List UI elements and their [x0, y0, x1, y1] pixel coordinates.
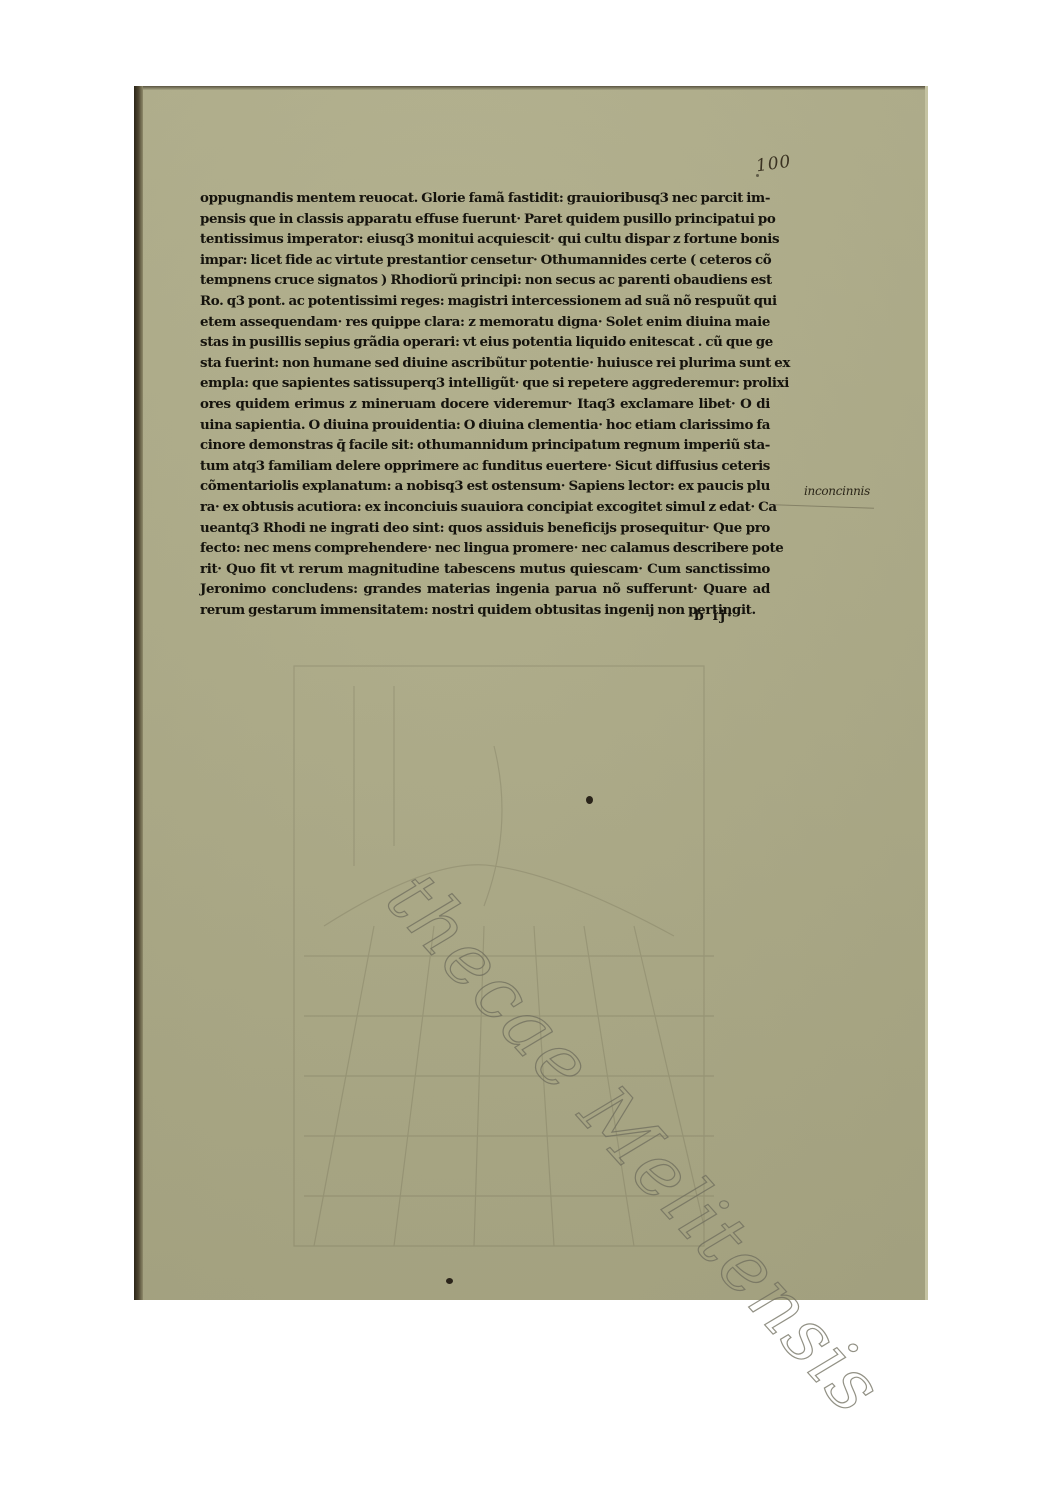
text-line: ueantq3 Rhodi ne ingrati deo sint: quos … — [200, 518, 770, 539]
text-line: cinore demonstras q̄ facile sit: othuman… — [200, 435, 770, 456]
text-line: stas in pusillis sepius grãdia operari: … — [200, 332, 770, 353]
text-line: tempnens cruce signatos ) Rhodiorũ princ… — [200, 270, 770, 291]
text-line: fecto: nec mens comprehendere· nec lingu… — [200, 538, 770, 559]
page-top-edge — [134, 86, 928, 90]
text-line: Jeronimo concludens: grandes materias in… — [200, 579, 770, 600]
ink-spot — [756, 174, 759, 177]
text-line: impar: licet fide ac virtute prestantior… — [200, 250, 770, 271]
text-line: Ro. q3 pont. ac potentissimi reges: magi… — [200, 291, 770, 312]
marginal-underline — [774, 504, 874, 508]
text-line: pensis que in classis apparatu effuse fu… — [200, 209, 770, 230]
printed-text-block: oppugnandis mentem reuocat. Glorie famã … — [200, 188, 770, 620]
text-line: oppugnandis mentem reuocat. Glorie famã … — [200, 188, 770, 209]
text-line: cõmentariolis explanatum: a nobisq3 est … — [200, 476, 770, 497]
text-line: uina sapientia. O diuina prouidentia: O … — [200, 415, 770, 436]
text-line: ra· ex obtusis acutiora: ex inconciuis s… — [200, 497, 770, 518]
page-gutter-shadow — [134, 86, 143, 1300]
text-line: rerum gestarum immensitatem: nostri quid… — [200, 600, 770, 621]
library-watermark: thecae Melitensis — [370, 856, 899, 1431]
marginal-annotation: inconcinnis — [804, 484, 870, 498]
text-line: rit· Quo fit vt rerum magnitudine tabesc… — [200, 559, 770, 580]
show-through-woodcut — [234, 626, 754, 1266]
text-line: empla: que sapientes satissuperq3 intell… — [200, 373, 770, 394]
folio-number: 100 — [755, 152, 793, 177]
ink-spot — [586, 796, 593, 804]
text-line: ores quidem erimus z mineruam docere vid… — [200, 394, 770, 415]
text-line: sta fuerint: non humane sed diuine ascri… — [200, 353, 770, 374]
page-right-edge — [925, 86, 928, 1300]
text-line: tum atq3 familiam delere opprimere ac fu… — [200, 456, 770, 477]
text-line: etem assequendam· res quippe clara: z me… — [200, 312, 770, 333]
text-line: tentissimus imperator: eiusq3 monitui ac… — [200, 229, 770, 250]
scanned-page: 100 oppugnandis mentem reuocat. Glorie f… — [134, 86, 928, 1300]
signature-mark: b ij· — [694, 608, 734, 624]
ink-spot — [446, 1278, 453, 1284]
